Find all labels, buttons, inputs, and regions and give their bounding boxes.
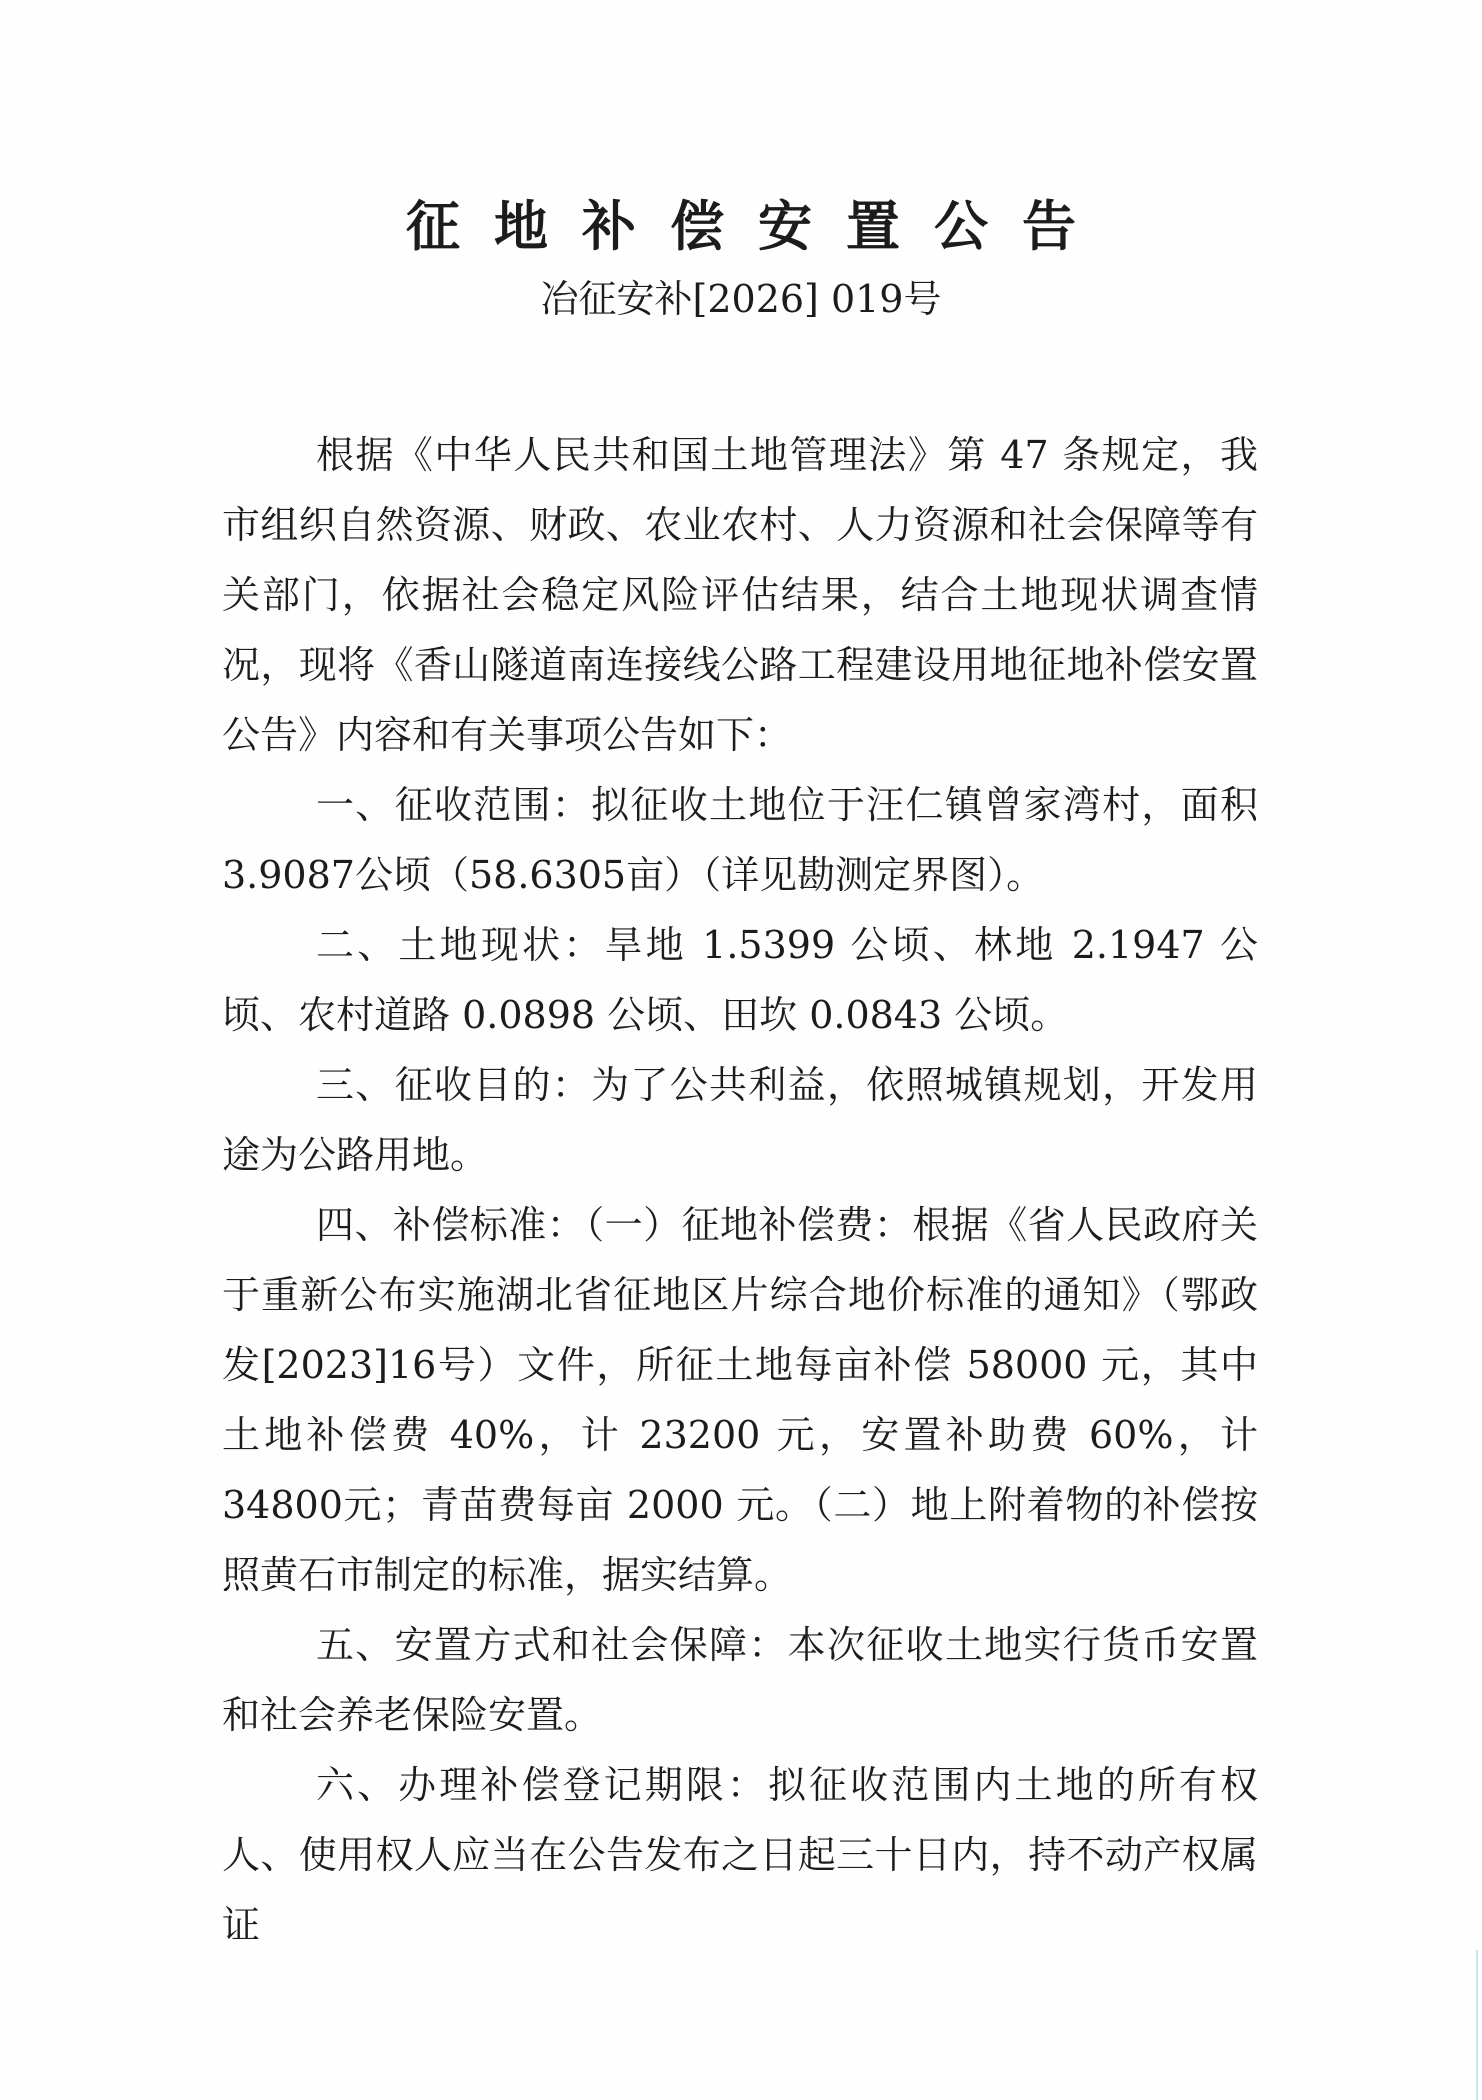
paragraph-scope: 一、征收范围：拟征收土地位于汪仁镇曾家湾村，面积3.9087公顷（58.6305…: [222, 770, 1258, 910]
paragraph-land-status: 二、土地现状：旱地 1.5399 公顷、林地 2.1947 公顷、农村道路 0.…: [222, 910, 1258, 1050]
scan-edge-line: [1476, 1950, 1478, 2100]
paragraph-resettlement: 五、安置方式和社会保障：本次征收土地实行货币安置和社会养老保险安置。: [222, 1610, 1258, 1750]
paragraph-registration-deadline: 六、办理补偿登记期限：拟征收范围内土地的所有权人、使用权人应当在公告发布之日起三…: [222, 1750, 1258, 1960]
page-title: 征地补偿安置公告: [0, 184, 1482, 261]
paragraph-compensation-standard: 四、补偿标准：（一）征地补偿费：根据《省人民政府关于重新公布实施湖北省征地区片综…: [222, 1190, 1258, 1610]
document-number: 冶征安补[2026] 019号: [0, 268, 1482, 323]
paragraph-purpose: 三、征收目的：为了公共利益，依照城镇规划，开发用途为公路用地。: [222, 1050, 1258, 1190]
document-page: 征地补偿安置公告 冶征安补[2026] 019号 根据《中华人民共和国土地管理法…: [0, 0, 1482, 2100]
document-body: 根据《中华人民共和国土地管理法》第 47 条规定，我市组织自然资源、财政、农业农…: [222, 420, 1258, 1960]
paragraph-intro: 根据《中华人民共和国土地管理法》第 47 条规定，我市组织自然资源、财政、农业农…: [222, 420, 1258, 770]
